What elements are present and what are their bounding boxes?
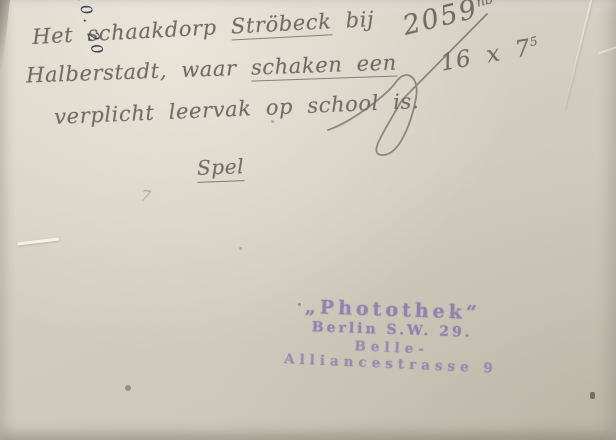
crease-mark-top-right	[563, 0, 593, 110]
subject-label-text: Spel	[197, 154, 245, 183]
handwritten-line-3: verplicht leervak op school is.	[54, 89, 420, 129]
negative-number-suffix: nb	[475, 0, 495, 11]
negative-number-annotation: 2059nb	[400, 0, 498, 42]
underlined-words-schaken-een: schaken een	[251, 51, 398, 82]
paper-speck	[590, 392, 595, 399]
photo-back-card: Het schaakdorp Ströbeck bij Halberstadt,…	[0, 0, 616, 440]
stray-pencil-mark: 7	[140, 186, 153, 205]
handwritten-text: Het schaakdorp	[32, 15, 232, 49]
handwritten-text: bij	[331, 7, 375, 33]
print-size: 16 x 7	[439, 35, 534, 76]
crease-mark-top-right-2	[598, 44, 616, 54]
crease-mark-left	[17, 237, 59, 245]
subject-label: Spel	[197, 154, 245, 180]
print-size-annotation: 16 x 75	[439, 34, 542, 77]
paper-speck	[125, 385, 131, 391]
underlined-word-stroebeck: Ströbeck	[230, 9, 332, 40]
negative-number: 2059	[400, 0, 482, 42]
torn-corner-shadow	[0, 0, 10, 72]
print-size-superscript: 5	[529, 34, 540, 49]
handwritten-text: Halberstadt, waar	[26, 56, 252, 88]
photographer-stamp: „Photothek“ Berlin S.W. 29. Belle-Allian…	[265, 295, 519, 377]
paper-speck	[271, 120, 274, 123]
paper-speck	[239, 247, 242, 250]
handwritten-line-2: Halberstadt, waar schaken een	[26, 51, 398, 88]
photo-back-scan: Het schaakdorp Ströbeck bij Halberstadt,…	[0, 0, 616, 440]
